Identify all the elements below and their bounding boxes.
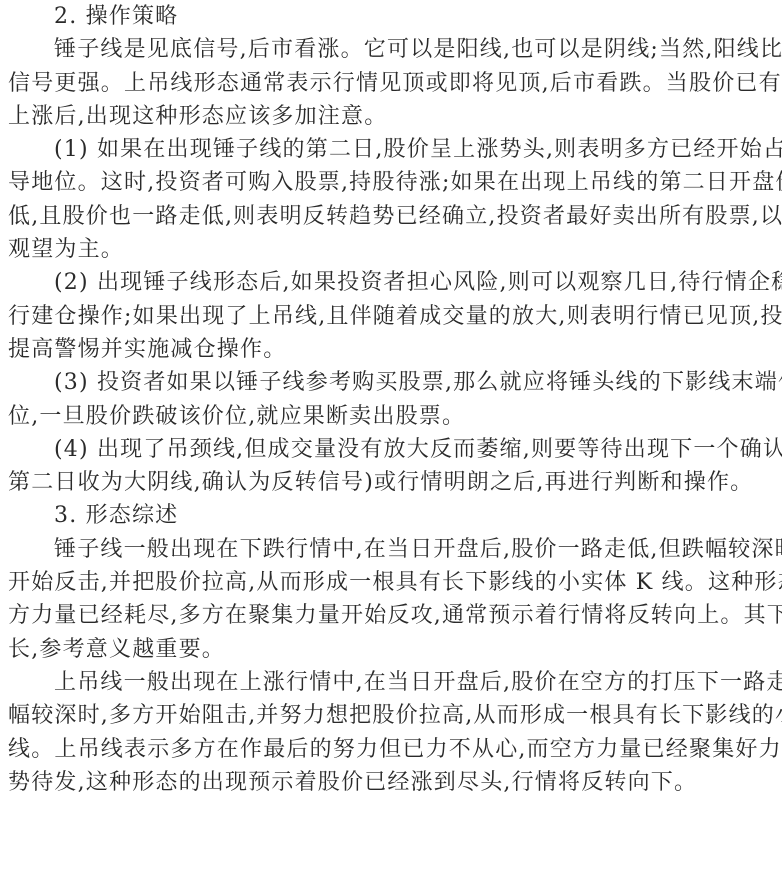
paragraph-signal-overview: 锤子线是见底信号,后市看涨。它可以是阳线,也可以是阴线;当然,阳线比阴线的 信号… <box>8 33 775 133</box>
text-line: 线。上吊线表示多方在作最后的努力但已力不从心,而空方力量已经聚集好力量、正蓄 <box>8 733 775 766</box>
text-line: 上吊线一般出现在上涨行情中,在当日开盘后,股价在空方的打压下一路走低,但跌 <box>8 666 775 699</box>
text-line: 势待发,这种形态的出现预示着股价已经涨到尽头,行情将反转向下。 <box>8 766 775 799</box>
paragraph-point-4: (4) 出现了吊颈线,但成交量没有放大反而萎缩,则要等待出现下一个确认信号(如 … <box>8 433 775 500</box>
text-line: 行建仓操作;如果出现了上吊线,且伴随着成交量的放大,则表明行情已见顶,投资者应 <box>8 300 775 333</box>
text-line: 导地位。这时,投资者可购入股票,持股待涨;如果在出现上吊线的第二日开盘价较 <box>8 166 775 199</box>
text-line: (4) 出现了吊颈线,但成交量没有放大反而萎缩,则要等待出现下一个确认信号(如 <box>8 433 775 466</box>
text-line: (2) 出现锤子线形态后,如果投资者担心风险,则可以观察几日,待行情企稳后再进 <box>8 266 775 299</box>
text-line: (3) 投资者如果以锤子线参考购买股票,那么就应将锤头线的下影线末端作为止损 <box>8 366 775 399</box>
text-line: 幅较深时,多方开始阻击,并努力想把股价拉高,从而形成一根具有长下影线的小实体 K <box>8 699 775 732</box>
section-heading-summary: 3. 形态综述 <box>8 499 775 532</box>
text-line: 方力量已经耗尽,多方在聚集力量开始反攻,通常预示着行情将反转向上。其下影线越 <box>8 599 775 632</box>
text-line: 锤子线一般出现在下跌行情中,在当日开盘后,股价一路走低,但跌幅较深时,多方 <box>8 533 775 566</box>
text-line: 信号更强。上吊线形态通常表示行情见顶或即将见顶,后市看跌。当股价已有较大幅度 <box>8 67 775 100</box>
paragraph-point-1: (1) 如果在出现锤子线的第二日,股价呈上涨势头,则表明多方已经开始占据主 导地… <box>8 133 775 266</box>
text-line: 位,一旦股价跌破该价位,就应果断卖出股票。 <box>8 400 775 433</box>
text-line: 开始反击,并把股价拉高,从而形成一根具有长下影线的小实体 K 线。这种形态表示空 <box>8 566 775 599</box>
paragraph-hammer-summary: 锤子线一般出现在下跌行情中,在当日开盘后,股价一路走低,但跌幅较深时,多方 开始… <box>8 533 775 666</box>
paragraph-point-3: (3) 投资者如果以锤子线参考购买股票,那么就应将锤头线的下影线末端作为止损 位… <box>8 366 775 433</box>
text-line: 第二日收为大阴线,确认为反转信号)或行情明朗之后,再进行判断和操作。 <box>8 466 775 499</box>
paragraph-hanging-man-summary: 上吊线一般出现在上涨行情中,在当日开盘后,股价在空方的打压下一路走低,但跌 幅较… <box>8 666 775 799</box>
section-heading-strategy: 2. 操作策略 <box>8 0 775 33</box>
text-line: 上涨后,出现这种形态应该多加注意。 <box>8 100 775 133</box>
text-line: 观望为主。 <box>8 233 775 266</box>
text-line: 锤子线是见底信号,后市看涨。它可以是阳线,也可以是阴线;当然,阳线比阴线的 <box>8 33 775 66</box>
text-line: 提高警惕并实施减仓操作。 <box>8 333 775 366</box>
paragraph-point-2: (2) 出现锤子线形态后,如果投资者担心风险,则可以观察几日,待行情企稳后再进 … <box>8 266 775 366</box>
text-line: (1) 如果在出现锤子线的第二日,股价呈上涨势头,则表明多方已经开始占据主 <box>8 133 775 166</box>
text-line: 长,参考意义越重要。 <box>8 633 775 666</box>
book-page: 2. 操作策略 锤子线是见底信号,后市看涨。它可以是阳线,也可以是阴线;当然,阳… <box>0 0 782 873</box>
text-line: 低,且股价也一路走低,则表明反转趋势已经确立,投资者最好卖出所有股票,以持币 <box>8 200 775 233</box>
